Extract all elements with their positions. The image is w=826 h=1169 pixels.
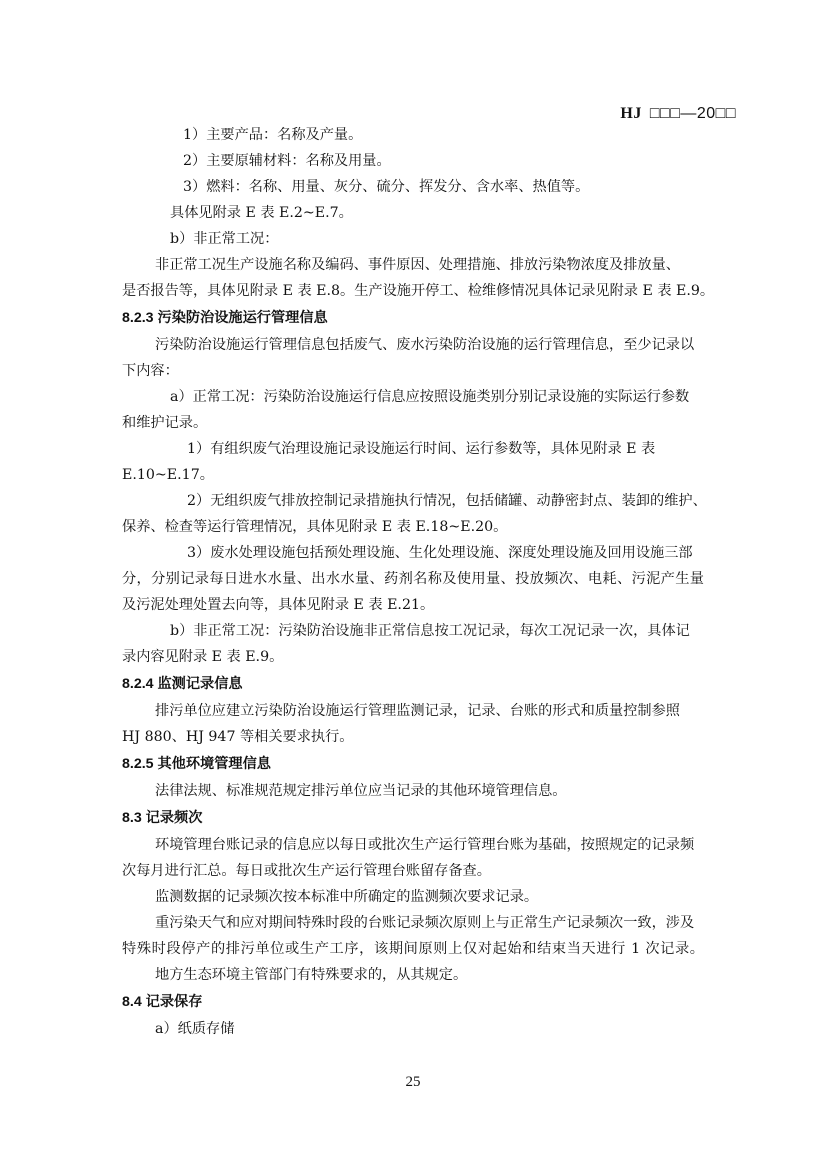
- paragraph-line: 及污泥处理处置去向等，具体见附录 E 表 E.21。: [122, 596, 434, 614]
- standard-code: □□□—20□□: [650, 105, 736, 122]
- paragraph-line: 1）主要产品：名称及产量。: [183, 126, 362, 144]
- standard-number-header: HJ□□□—20□□: [620, 104, 736, 123]
- paragraph-line: 非正常工况生产设施名称及编码、事件原因、处理措施、排放污染物浓度及排放量、: [155, 256, 680, 274]
- paragraph-line: b）非正常工况：污染防治设施非正常信息按工况记录，每次工况记录一次，具体记: [170, 622, 690, 640]
- paragraph-line: 录内容见附录 E 表 E.9。: [122, 648, 283, 666]
- section-heading: 8.2.5 其他环境管理信息: [122, 755, 271, 773]
- paragraph-line: E.10~E.17。: [122, 466, 214, 484]
- paragraph-line: 3）废水处理设施包括预处理设施、生化处理设施、深度处理设施及回用设施三部: [187, 544, 693, 562]
- paragraph-line: 法律法规、标准规范规定排污单位应当记录的其他环境管理信息。: [155, 782, 566, 800]
- paragraph-line: 排污单位应建立污染防治设施运行管理监测记录，记录、台账的形式和质量控制参照: [155, 702, 680, 720]
- paragraph-line: 分，分别记录每日进水水量、出水水量、药剂名称及使用量、投放频次、电耗、污泥产生量: [122, 570, 704, 588]
- standard-prefix: HJ: [620, 105, 641, 122]
- paragraph-line: 下内容：: [122, 362, 179, 380]
- paragraph-line: b）非正常工况：: [170, 230, 278, 248]
- paragraph-line: 保养、检查等运行管理情况，具体见附录 E 表 E.18~E.20。: [122, 518, 507, 536]
- paragraph-line: 次每月进行汇总。每日或批次生产运行管理台账留存备查。: [122, 862, 491, 880]
- paragraph-line: 污染防治设施运行管理信息包括废气、废水污染防治设施的运行管理信息，至少记录以: [155, 336, 694, 354]
- paragraph-line: 是否报告等，具体见附录 E 表 E.8。生产设施开停工、检维修情况具体记录见附录…: [122, 282, 704, 300]
- paragraph-line: a）纸质存储: [155, 1020, 234, 1038]
- paragraph-line: HJ 880、HJ 947 等相关要求执行。: [122, 728, 354, 746]
- paragraph-line: a）正常工况：污染防治设施运行信息应按照设施类别分别记录设施的实际运行参数: [170, 388, 689, 406]
- document-page: HJ□□□—20□□ 1）主要产品：名称及产量。2）主要原辅材料：名称及用量。3…: [0, 0, 826, 1169]
- paragraph-line: 重污染天气和应对期间特殊时段的台账记录频次原则上与正常生产记录频次一致，涉及: [155, 914, 694, 932]
- section-heading: 8.4 记录保存: [122, 993, 202, 1011]
- section-heading: 8.2.3 污染防治设施运行管理信息: [122, 309, 328, 327]
- paragraph-line: 和维护记录。: [122, 414, 207, 432]
- section-heading: 8.2.4 监测记录信息: [122, 675, 243, 693]
- section-heading: 8.3 记录频次: [122, 809, 202, 827]
- page-number: 25: [0, 1074, 826, 1091]
- paragraph-line: 地方生态环境主管部门有特殊要求的，从其规定。: [155, 966, 467, 984]
- paragraph-line: 特殊时段停产的排污单位或生产工序，该期间原则上仅对起始和结束当天进行 1 次记录…: [122, 940, 704, 958]
- paragraph-line: 2）无组织废气排放控制记录措施执行情况，包括储罐、动静密封点、装卸的维护、: [187, 492, 707, 510]
- paragraph-line: 1）有组织废气治理设施记录设施运行时间、运行参数等，具体见附录 E 表: [187, 440, 655, 458]
- paragraph-line: 环境管理台账记录的信息应以每日或批次生产运行管理台账为基础，按照规定的记录频: [155, 836, 694, 854]
- paragraph-line: 监测数据的记录频次按本标准中所确定的监测频次要求记录。: [155, 888, 538, 906]
- paragraph-line: 3）燃料：名称、用量、灰分、硫分、挥发分、含水率、热值等。: [183, 178, 589, 196]
- paragraph-line: 2）主要原辅材料：名称及用量。: [183, 152, 391, 170]
- paragraph-line: 具体见附录 E 表 E.2~E.7。: [170, 204, 353, 222]
